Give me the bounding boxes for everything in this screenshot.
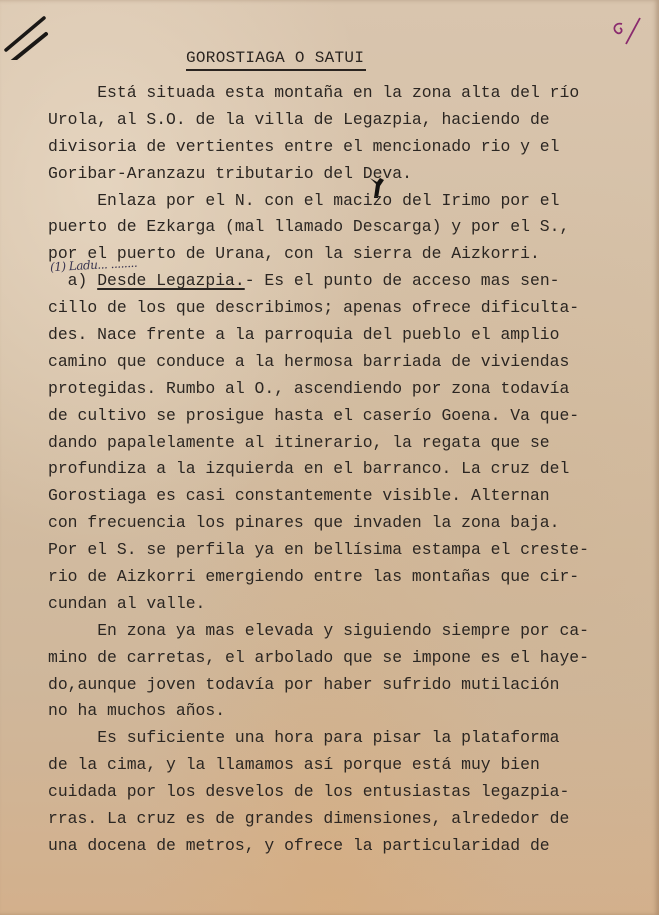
- text-line: cuidada por los desvelos de los entusias…: [48, 779, 648, 806]
- document-body: Está situada esta montaña en la zona alt…: [48, 80, 648, 860]
- text-line: Está situada esta montaña en la zona alt…: [48, 80, 648, 107]
- text-line: Enlaza por el N. con el macizo del Irimo…: [48, 188, 648, 215]
- text-line: puerto de Ezkarga (mal llamado Descarga)…: [48, 214, 648, 241]
- document-page: GOROSTIAGA O SATUI (1) Ladu... ........ …: [0, 0, 659, 915]
- text-line: divisoria de vertientes entre el mencion…: [48, 134, 648, 161]
- text-line: Gorostiaga es casi constantemente visibl…: [48, 483, 648, 510]
- text-line: camino que conduce a la hermosa barriada…: [48, 349, 648, 376]
- text-line: dando papalelamente al itinerario, la re…: [48, 430, 648, 457]
- text-line: de la cima, y la llamamos así porque est…: [48, 752, 648, 779]
- text-line: Por el S. se perfila ya en bellísima est…: [48, 537, 648, 564]
- text-line: Es suficiente una hora para pisar la pla…: [48, 725, 648, 752]
- text-line: do,aunque joven todavía por haber sufrid…: [48, 672, 648, 699]
- text-line: no ha muchos años.: [48, 698, 648, 725]
- text-line: Goribar-Aranzazu tributario del Deva.: [48, 161, 648, 188]
- text-line: cillo de los que describimos; apenas ofr…: [48, 295, 648, 322]
- text-line: protegidas. Rumbo al O., ascendiendo por…: [48, 376, 648, 403]
- text-line: mino de carretas, el arbolado que se imp…: [48, 645, 648, 672]
- text-line: des. Nace frente a la parroquia del pueb…: [48, 322, 648, 349]
- text-line: cundan al valle.: [48, 591, 648, 618]
- document-title: GOROSTIAGA O SATUI: [186, 48, 366, 71]
- section-heading-underlined: Desde Legazpia.: [97, 271, 245, 290]
- paper-clip-icon: [2, 10, 52, 60]
- corner-annotation-mark: [610, 14, 646, 48]
- text-line: rras. La cruz es de grandes dimensiones,…: [48, 806, 648, 833]
- text-line: En zona ya mas elevada y siguiendo siemp…: [48, 618, 648, 645]
- text-line: Urola, al S.O. de la villa de Legazpia, …: [48, 107, 648, 134]
- text-line: a) Desde Legazpia.- Es el punto de acces…: [48, 268, 648, 295]
- text-line: rio de Aizkorri emergiendo entre las mon…: [48, 564, 648, 591]
- text-line: por el puerto de Urana, con la sierra de…: [48, 241, 648, 268]
- text-line: profundiza a la izquierda en el barranco…: [48, 456, 648, 483]
- text-line: una docena de metros, y ofrece la partic…: [48, 833, 648, 860]
- text-line: de cultivo se prosigue hasta el caserío …: [48, 403, 648, 430]
- text-line: con frecuencia los pinares que invaden l…: [48, 510, 648, 537]
